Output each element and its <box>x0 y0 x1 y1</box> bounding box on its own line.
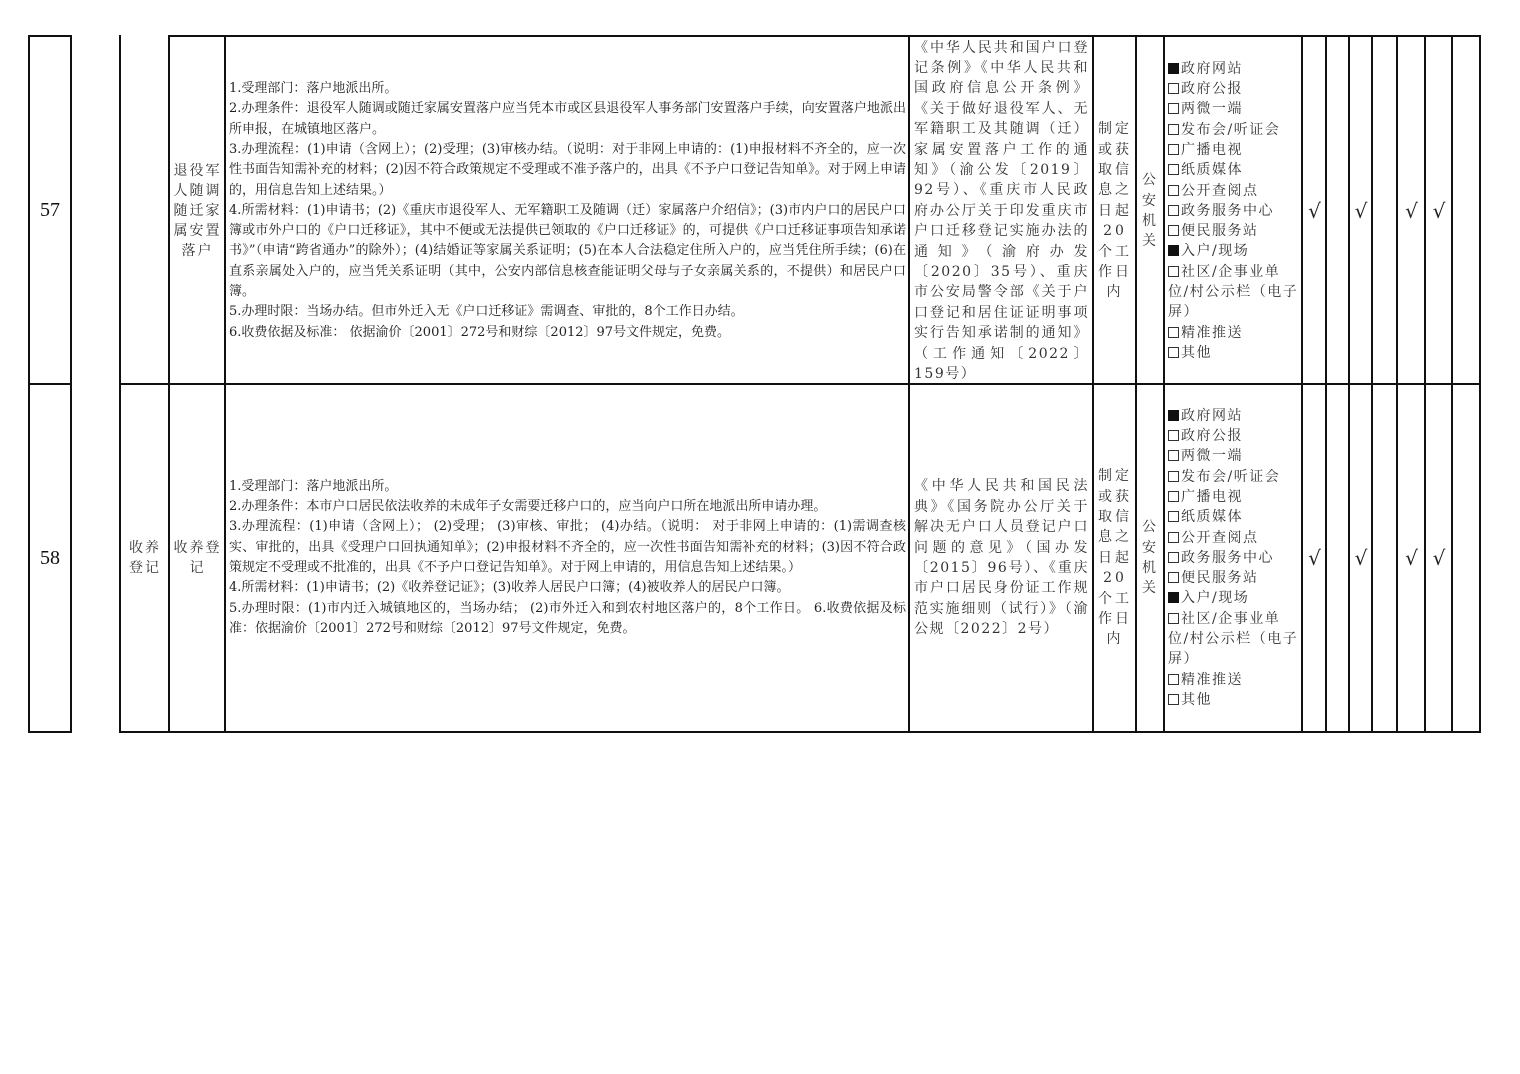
checkmark-icon: √ <box>1396 35 1425 385</box>
time-limit-cell: 制定或获取信息之日起20个工作日内 <box>1092 35 1136 385</box>
checkbox-empty-icon <box>1168 124 1179 135</box>
checkbox-empty-icon <box>1168 144 1179 155</box>
checkbox-empty-icon <box>1168 674 1179 685</box>
checkbox-empty-icon <box>1168 532 1179 543</box>
checkbox-empty-icon <box>1168 572 1179 583</box>
channels-cell: 政府网站 政府公报 两微一端 发布会/听证会 广播电视 纸质媒体 公开查阅点 政… <box>1163 35 1302 385</box>
checkbox-empty-icon <box>1168 103 1179 114</box>
content-line: 2.办理条件：本市户口居民依法收养的未成年子女需要迁移户口的，应当向户口所在地派… <box>229 497 906 517</box>
content-line: 1.受理部门：落户地派出所。 <box>229 79 906 99</box>
checkmark-icon: √ <box>1424 35 1452 385</box>
category-cell: 收养登记 <box>119 383 169 733</box>
channel-option: 两微一端 <box>1168 99 1299 119</box>
checkbox-empty-icon <box>1168 511 1179 522</box>
row-number: 57 <box>28 35 72 385</box>
basis-cell: 《中华人民共和国民法典》《国务院办公厅关于解决无户口人员登记户口问题的意见》（国… <box>908 383 1093 733</box>
channel-option: 发布会/听证会 <box>1168 467 1299 487</box>
channel-option: 政务服务中心 <box>1168 201 1299 221</box>
checkbox-empty-icon <box>1168 185 1179 196</box>
channel-option: 社区/企事业单位/村公示栏（电子屏） <box>1168 609 1299 670</box>
content-cell: 1.受理部门：落户地派出所。 2.办理条件：退役军人随调或随迁家属安置落户应当凭… <box>224 35 909 385</box>
mark-cell <box>1325 383 1349 733</box>
content-line: 3.办理流程：(1)申请（含网上）；(2)受理；(3)审核办结。（说明：对于非网… <box>229 140 906 201</box>
channel-option: 便民服务站 <box>1168 568 1299 588</box>
channel-option: 纸质媒体 <box>1168 160 1299 180</box>
checkbox-empty-icon <box>1168 491 1179 502</box>
item-name-cell: 退役军人随调随迁家属安置落户 <box>168 35 225 385</box>
checkmark-icon: √ <box>1348 35 1372 385</box>
content-line: 5.办理时限：当场办结。但市外迁入无《户口迁移证》需调查、审批的，8个工作日办结… <box>229 302 906 322</box>
basis-cell: 《中华人民共和国户口登记条例》《中华人民共和国政府信息公开条例》《关于做好退役军… <box>908 35 1093 385</box>
checkmark-icon: √ <box>1301 35 1326 385</box>
checkmark-icon: √ <box>1424 383 1452 733</box>
checkbox-empty-icon <box>1168 266 1179 277</box>
checkbox-empty-icon <box>1168 347 1179 358</box>
item-name-cell: 收养登记 <box>168 383 225 733</box>
checkmark-icon: √ <box>1348 383 1372 733</box>
checkbox-empty-icon <box>1168 205 1179 216</box>
channel-option: 纸质媒体 <box>1168 507 1299 527</box>
channel-option: 发布会/听证会 <box>1168 120 1299 140</box>
content-line: 2.办理条件：退役军人随调或随迁家属安置落户应当凭本市或区县退役军人事务部门安置… <box>229 99 906 140</box>
content-line: 3.办理流程：(1)申请（含网上）； (2)受理； (3)审核、审批； (4)办… <box>229 517 906 578</box>
channel-option: 政府公报 <box>1168 79 1299 99</box>
checkmark-icon: √ <box>1301 383 1326 733</box>
checkbox-empty-icon <box>1168 552 1179 563</box>
checkbox-empty-icon <box>1168 164 1179 175</box>
content-line: 1.受理部门：落户地派出所。 <box>229 477 906 497</box>
channel-option: 其他 <box>1168 343 1299 363</box>
channel-option: 入户/现场 <box>1168 241 1299 261</box>
row-number: 58 <box>28 383 72 733</box>
checkbox-empty-icon <box>1168 83 1179 94</box>
checkbox-checked-icon <box>1168 245 1179 256</box>
channel-option: 政府网站 <box>1168 59 1299 79</box>
subject-cell: 公安机关 <box>1135 383 1164 733</box>
checkmark-icon: √ <box>1396 383 1425 733</box>
channel-option: 公开查阅点 <box>1168 181 1299 201</box>
channel-option: 入户/现场 <box>1168 588 1299 608</box>
checkbox-empty-icon <box>1168 613 1179 624</box>
checkbox-checked-icon <box>1168 63 1179 74</box>
checkbox-empty-icon <box>1168 225 1179 236</box>
channel-option: 公开查阅点 <box>1168 528 1299 548</box>
channel-option: 精准推送 <box>1168 670 1299 690</box>
checkbox-empty-icon <box>1168 327 1179 338</box>
channel-option: 社区/企事业单位/村公示栏（电子屏） <box>1168 262 1299 323</box>
content-line: 4.所需材料：(1)申请书；(2)《收养登记证》；(3)收养人居民户口簿；(4)… <box>229 578 906 598</box>
checkbox-empty-icon <box>1168 471 1179 482</box>
channel-option: 政务服务中心 <box>1168 548 1299 568</box>
channel-option: 政府公报 <box>1168 426 1299 446</box>
content-line: 4.所需材料：(1)申请书；(2)《重庆市退役军人、无军籍职工及随调（迁）家属落… <box>229 201 906 302</box>
channel-option: 便民服务站 <box>1168 221 1299 241</box>
category-cell <box>119 35 169 385</box>
checkbox-checked-icon <box>1168 592 1179 603</box>
mark-cell <box>1371 383 1397 733</box>
checkbox-empty-icon <box>1168 694 1179 705</box>
mark-cell <box>1325 35 1349 385</box>
time-limit-cell: 制定或获取信息之日起20个工作日内 <box>1092 383 1136 733</box>
checkbox-checked-icon <box>1168 410 1179 421</box>
channel-option: 广播电视 <box>1168 487 1299 507</box>
channel-option: 广播电视 <box>1168 140 1299 160</box>
subject-cell: 公安机关 <box>1135 35 1164 385</box>
content-line: 5.办理时限：(1)市内迁入城镇地区的，当场办结； (2)市外迁入和到农村地区落… <box>229 599 906 640</box>
channel-option: 其他 <box>1168 690 1299 710</box>
channel-option: 两微一端 <box>1168 446 1299 466</box>
channel-option: 精准推送 <box>1168 323 1299 343</box>
mark-cell <box>1371 35 1397 385</box>
mark-cell <box>1451 383 1481 733</box>
content-cell: 1.受理部门：落户地派出所。 2.办理条件：本市户口居民依法收养的未成年子女需要… <box>224 383 909 733</box>
mark-cell <box>1451 35 1481 385</box>
checkbox-empty-icon <box>1168 450 1179 461</box>
channels-cell: 政府网站 政府公报 两微一端 发布会/听证会 广播电视 纸质媒体 公开查阅点 政… <box>1163 383 1302 733</box>
content-line: 6.收费依据及标准： 依据渝价〔2001〕272号和财综〔2012〕97号文件规… <box>229 323 906 343</box>
checkbox-empty-icon <box>1168 430 1179 441</box>
channel-option: 政府网站 <box>1168 406 1299 426</box>
